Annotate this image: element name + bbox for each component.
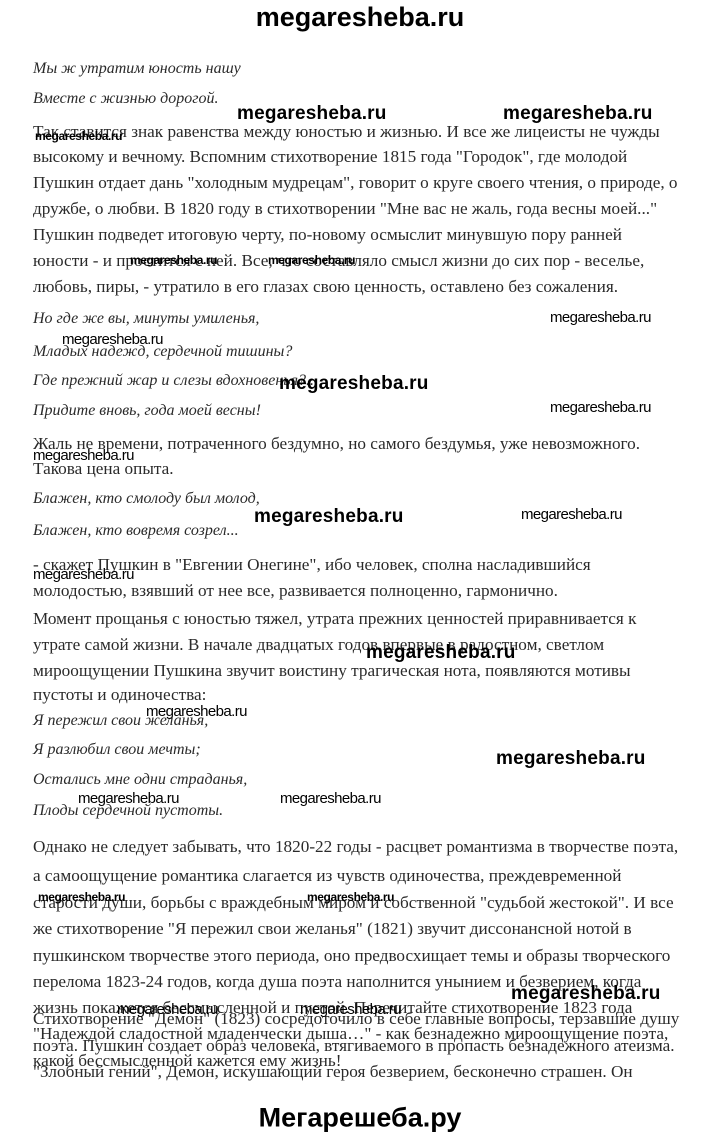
watermark: megaresheba.ru <box>280 790 381 807</box>
watermark: megaresheba.ru <box>550 399 651 416</box>
watermark: megaresheba.ru <box>38 890 125 904</box>
watermark: megaresheba.ru <box>307 890 394 904</box>
watermark: megaresheba.ru <box>521 506 622 523</box>
watermark: megaresheba.ru <box>78 790 179 807</box>
watermark: megaresheba.ru <box>366 642 516 664</box>
watermark: megaresheba.ru <box>511 983 661 1005</box>
watermark: megaresheba.ru <box>33 447 134 464</box>
watermark: megaresheba.ru <box>496 748 646 770</box>
prose-line: любовь, пиры, - утратило в его глазах св… <box>33 277 618 297</box>
prose-line: молодостью, взявший от нее все, развивае… <box>33 581 558 601</box>
watermark: megaresheba.ru <box>300 1001 401 1018</box>
prose-line: Так ставится знак равенства между юность… <box>33 122 660 142</box>
watermark: megaresheba.ru <box>237 103 387 125</box>
site-header-title: megaresheba.ru <box>0 2 720 33</box>
prose-line: пушкинском творчестве этого периода, оно… <box>33 946 670 966</box>
prose-line: Пушкин подведет итоговую черту, по-новом… <box>33 225 622 245</box>
watermark: megaresheba.ru <box>254 506 404 528</box>
prose-line: Пушкин отдает дань "холодным мудрецам", … <box>33 173 678 193</box>
verse-line: Где прежний жар и слезы вдохновенья?.. <box>33 372 314 390</box>
prose-line: Однако не следует забывать, что 1820-22 … <box>33 837 678 857</box>
watermark: megaresheba.ru <box>503 103 653 125</box>
prose-line: "Злобный гений", Демон, искушающий героя… <box>33 1062 633 1082</box>
verse-line: Я разлюбил свои мечты; <box>33 741 201 759</box>
prose-line: пустоты и одиночества: <box>33 685 206 705</box>
prose-line: дружбе, о любви. В 1820 году в стихотвор… <box>33 199 657 219</box>
prose-line: а самоощущение романтика слагается из чу… <box>33 866 621 886</box>
verse-line: Блажен, кто смолоду был молод, <box>33 490 260 508</box>
watermark: megaresheba.ru <box>33 566 134 583</box>
verse-line: Остались мне одни страданья, <box>33 771 247 789</box>
watermark: megaresheba.ru <box>268 253 355 267</box>
prose-line: же стихотворение "Я пережил свои желанья… <box>33 919 632 939</box>
verse-line: Придите вновь, года моей весны! <box>33 402 261 420</box>
prose-line: Момент прощанья с юностью тяжел, утрата … <box>33 609 636 629</box>
verse-line: Но где же вы, минуты умиленья, <box>33 310 259 328</box>
watermark: megaresheba.ru <box>62 331 163 348</box>
watermark: megaresheba.ru <box>35 129 122 143</box>
verse-line: Вместе с жизнью дорогой. <box>33 90 218 108</box>
watermark: megaresheba.ru <box>279 373 429 395</box>
site-footer-title: Мегарешеба.ру <box>0 1103 720 1134</box>
watermark: megaresheba.ru <box>130 253 217 267</box>
watermark: megaresheba.ru <box>117 1001 218 1018</box>
watermark: megaresheba.ru <box>550 309 651 326</box>
prose-line: высокому и вечному. Вспомним стихотворен… <box>33 147 627 167</box>
prose-line: поэта. Пушкин создает образ человека, вт… <box>33 1036 675 1056</box>
prose-line: мироощущении Пушкина звучит воистину тра… <box>33 661 631 681</box>
verse-line: Мы ж утратим юность нашу <box>33 60 241 78</box>
prose-line: утрате самой жизни. В начале двадцатых г… <box>33 635 604 655</box>
verse-line: Блажен, кто вовремя созрел... <box>33 522 239 540</box>
watermark: megaresheba.ru <box>146 703 247 720</box>
